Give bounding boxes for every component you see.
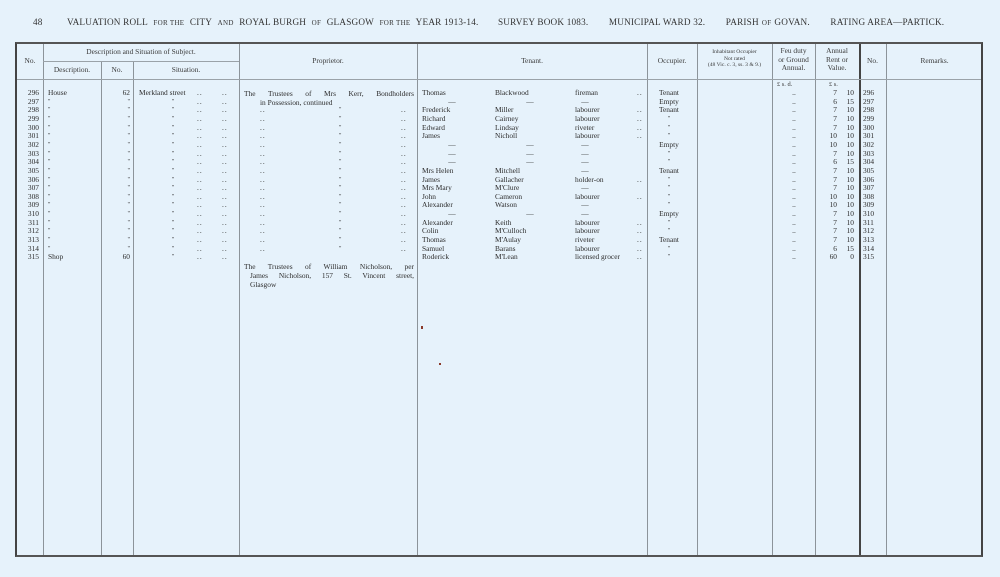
row-description: " [48, 201, 98, 210]
row-situation: " [167, 150, 179, 159]
row-proprietor-ditto: " [339, 150, 341, 159]
row-occupier: " [647, 193, 691, 202]
row-occupier: " [647, 124, 691, 133]
header-annual-rent: Annual Rent or Value. [815, 47, 859, 73]
proprietor-nicholson: The Trustees of William Nicholson, per J… [244, 262, 414, 289]
row-proprietor-ditto: " [339, 193, 341, 202]
row-sub-no: " [101, 236, 130, 245]
header-no-right: No. [859, 57, 886, 66]
row-occupier: Tenant [647, 236, 691, 245]
row-proprietor-ditto: " [339, 201, 341, 210]
leader-dots: .. [637, 132, 643, 141]
leader-dots: .. [637, 253, 643, 262]
row-occupier: " [647, 253, 691, 262]
row-occupier: Empty [647, 210, 691, 219]
row-situation: " [167, 124, 179, 133]
row-description: " [48, 150, 98, 159]
header-remarks: Remarks. [886, 57, 983, 66]
row-proprietor-ditto: " [339, 141, 341, 150]
row-description: " [48, 106, 98, 115]
row-occupier: Tenant [647, 106, 691, 115]
row-rent-pounds: 60 [817, 253, 837, 262]
valuation-table: No. Description and Situation of Subject… [15, 42, 983, 557]
row-situation: " [167, 236, 179, 245]
parish: PARISHOFGOVAN. [726, 17, 813, 27]
row-situation: " [167, 98, 179, 107]
row-description: " [48, 132, 98, 141]
row-situation: " [167, 219, 179, 228]
page-number: 48 [33, 17, 43, 27]
header-description: Description. [43, 66, 101, 75]
row-proprietor-ditto: " [339, 176, 341, 185]
header-divider [17, 79, 981, 80]
row-proprietor-ditto: " [339, 106, 341, 115]
row-proprietor-ditto: " [339, 132, 341, 141]
row-sub-no: " [101, 124, 130, 133]
row-situation: " [167, 158, 179, 167]
row-occupier: " [647, 115, 691, 124]
header-description-group: Description and Situation of Subject. [43, 48, 239, 57]
header-occupier: Occupier. [647, 57, 697, 66]
row-sub-no: 62 [101, 89, 130, 98]
row-situation: " [167, 132, 179, 141]
row-description: " [48, 193, 98, 202]
paper-speck [439, 363, 441, 365]
row-occupier: " [647, 176, 691, 185]
row-sub-no: " [101, 141, 130, 150]
row-sub-no: " [101, 184, 130, 193]
leader-dots: .. [637, 193, 643, 202]
row-situation: " [167, 167, 179, 176]
row-sub-no: " [101, 201, 130, 210]
row-occupier: " [647, 150, 691, 159]
row-sub-no: " [101, 167, 130, 176]
survey-book: SURVEY BOOK 1083. [498, 17, 588, 27]
leader-dots: .. [197, 253, 203, 262]
row-feu: .. [787, 253, 801, 262]
row-sub-no: 60 [101, 253, 130, 262]
row-proprietor-ditto: " [339, 210, 341, 219]
row-situation: " [167, 253, 179, 262]
row-description: " [48, 210, 98, 219]
row-description: " [48, 184, 98, 193]
row-situation: " [167, 193, 179, 202]
paper-speck [421, 326, 423, 329]
header-situation: Situation. [133, 66, 239, 75]
row-description: " [48, 98, 98, 107]
row-description: House [48, 89, 98, 98]
row-description: " [48, 219, 98, 228]
row-no: 315 [17, 253, 39, 262]
header-divider [43, 61, 239, 62]
row-tenant-first: Roderick [422, 253, 482, 262]
row-proprietor-ditto: " [339, 219, 341, 228]
header-tenant: Tenant. [417, 57, 647, 66]
row-proprietor-ditto: " [339, 124, 341, 133]
row-sub-no: " [101, 193, 130, 202]
row-sub-no: " [101, 132, 130, 141]
header-no: No. [17, 57, 43, 66]
row-proprietor-ditto: " [339, 167, 341, 176]
row-sub-no: " [101, 98, 130, 107]
row-proprietor-ditto: " [339, 245, 341, 254]
leader-dots: .. [260, 245, 266, 254]
row-situation: Merkland street [139, 89, 219, 98]
row-situation: " [167, 115, 179, 124]
header-feu-duty: Feu duty or Ground Annual. [772, 47, 815, 73]
row-description: " [48, 141, 98, 150]
row-description: " [48, 115, 98, 124]
row-sub-no: " [101, 227, 130, 236]
row-situation: " [167, 227, 179, 236]
row-proprietor-ditto: " [339, 115, 341, 124]
table-row: 315Shop60"RoderickM'Leanlicensed grocer"… [17, 253, 981, 262]
row-sub-no: " [101, 176, 130, 185]
row-situation: " [167, 210, 179, 219]
row-proprietor-ditto: " [339, 184, 341, 193]
row-proprietor-ditto: " [339, 158, 341, 167]
leader-dots: .. [401, 245, 407, 254]
row-sub-no: " [101, 115, 130, 124]
row-description: " [48, 176, 98, 185]
row-situation: " [167, 184, 179, 193]
leader-dots: .. [637, 89, 643, 98]
leader-dots: .. [637, 176, 643, 185]
row-description: " [48, 236, 98, 245]
row-tenant-last: M'Lean [495, 253, 565, 262]
municipal-ward: MUNICIPAL WARD 32. [609, 17, 705, 27]
row-description: " [48, 158, 98, 167]
roll-title: VALUATION ROLL FOR THE CITY AND ROYAL BU… [67, 17, 498, 27]
row-sub-no: " [101, 106, 130, 115]
row-sub-no: " [101, 210, 130, 219]
rating-area: RATING AREA—PARTICK. [830, 17, 944, 27]
page-header: 48 VALUATION ROLL FOR THE CITY AND ROYAL… [33, 17, 983, 27]
row-description: Shop [48, 253, 98, 262]
row-tenant-occupation: licensed grocer [575, 253, 645, 262]
row-description: " [48, 124, 98, 133]
row-rent-shillings: 0 [840, 253, 854, 262]
row-situation: " [167, 141, 179, 150]
row-occupier: Tenant [647, 167, 691, 176]
row-situation: " [167, 245, 179, 254]
row-description: " [48, 167, 98, 176]
row-sub-no: " [101, 158, 130, 167]
row-sub-no: " [101, 219, 130, 228]
row-situation: " [167, 106, 179, 115]
row-occupier: " [647, 184, 691, 193]
header-proprietor: Proprietor. [239, 57, 417, 66]
row-description: " [48, 227, 98, 236]
row-proprietor-ditto: " [339, 227, 341, 236]
row-occupier: " [647, 219, 691, 228]
row-occupier: " [647, 245, 691, 254]
header-sub-no: No. [101, 66, 133, 75]
row-sub-no: " [101, 150, 130, 159]
row-proprietor-ditto: " [339, 236, 341, 245]
row-no-right: 315 [863, 253, 885, 262]
leader-dots: .. [222, 253, 228, 262]
row-situation: " [167, 176, 179, 185]
row-occupier: Empty [647, 141, 691, 150]
row-situation: " [167, 201, 179, 210]
header-inhabitant-occupier: Inhabitant Occupier Not rated (48 Vic. c… [697, 49, 772, 69]
